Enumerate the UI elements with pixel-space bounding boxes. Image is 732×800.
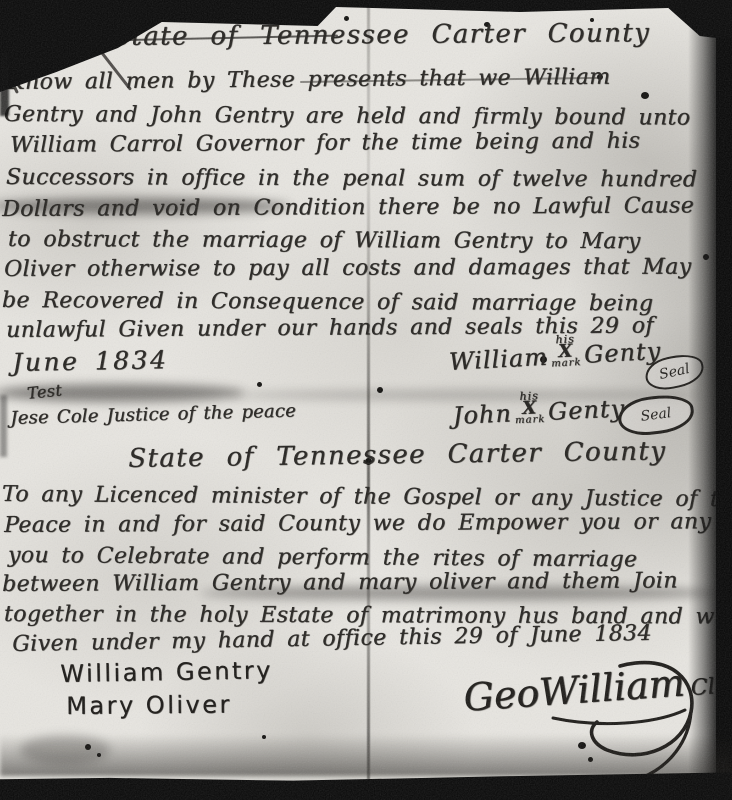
license-line: you to Celebrate and perform the rites o… [8,543,638,572]
ink-speck [641,92,649,99]
his-mark: his X mark [514,390,546,426]
seal-label: Seal [658,361,691,383]
license-line: Peace in and for said County we do Empow… [4,509,732,538]
bond-line: Oliver otherwise to pay all costs and da… [4,255,692,282]
bond-date-line: June 1834 [12,345,169,377]
signer-last-name: Genty [547,394,625,425]
signer-first-name: William [448,342,548,375]
scan-edge-right-core [716,0,732,800]
license-line: To any Licenced minister of the Gospel o… [2,482,732,512]
groom-name: William Gentry [60,656,273,688]
signer-first-name: John [452,399,512,430]
bond-line: to obstruct the marriage of William Gent… [8,227,641,254]
bond-line: be Recovered in Consequence of said marr… [2,288,654,316]
his-mark: his X mark [550,333,582,370]
ink-speck [257,382,262,387]
bond-line: Successors in office in the penal sum of… [6,165,697,192]
seal-label: Seal [640,405,672,425]
scanned-document: State of Tennessee Carter County Know al… [0,0,732,800]
attestation-label: Test [26,380,63,403]
scan-edge-left [0,395,7,457]
bond-line: Gentry and John Gentry are held and firm… [4,102,691,131]
ink-speck [377,387,383,393]
license-line: between William Gentry and mary oliver a… [2,568,678,597]
mark-label-bottom: mark [515,415,546,426]
mark-label-bottom: mark [551,358,582,370]
bond-title: State of Tennessee Carter County [112,18,650,52]
scan-edge-bottom-smudge [0,734,732,776]
signer-last-name: Genty [583,336,661,368]
scan-edge-left [0,52,9,116]
bond-line: Dollars and void on Condition there be n… [2,193,694,222]
bride-name: Mary Oliver [66,691,232,720]
bond-line: William Carrol Governor for the time bei… [10,129,640,158]
bond-line: Know all men by These presents that we W… [8,65,611,95]
